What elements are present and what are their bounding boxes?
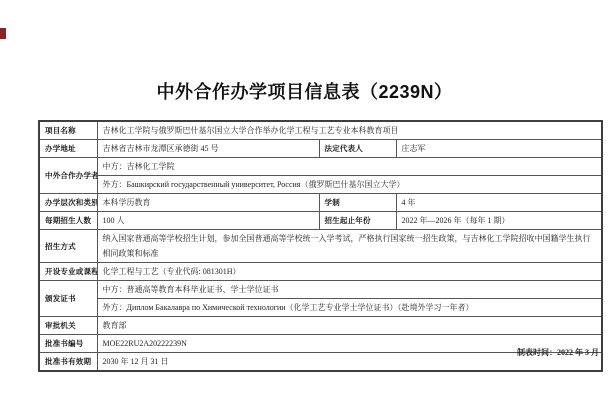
form-date: 制表时间：2022 年 3 月 [517, 347, 599, 358]
partners-foreign-value: 外方：Башкирский государственный университе… [97, 176, 602, 194]
project-name-value: 吉林化工学院与俄罗斯巴什基尔国立大学合作举办化学工程与工艺专业本科教育项目 [97, 121, 602, 140]
partners-label: 中外合作办学者 [39, 158, 97, 194]
row-address: 办学地址 吉林省吉林市龙潭区承德街 45 号 法定代表人 庄志军 [39, 140, 602, 158]
legal-rep-label: 法定代表人 [319, 140, 396, 158]
row-major: 开设专业或课程 化学工程与工艺（专业代码: 081301H） [39, 263, 602, 281]
admission-value: 纳入国家普通高等学校招生计划，参加全国普通高等学校统一入学考试，严格执行国家统一… [97, 230, 602, 263]
project-name-label: 项目名称 [39, 121, 97, 140]
enrollment-label: 每期招生人数 [39, 212, 97, 230]
certificates-foreign-value: 外方：Диплом Бакалавра по Химической технол… [97, 299, 602, 317]
row-certificates-foreign: 外方：Диплом Бакалавра по Химической технол… [39, 299, 602, 317]
level-label: 办学层次和类别 [39, 194, 97, 212]
row-certificates-cn: 颁发证书 中方：普通高等教育本科毕业证书、学士学位证书 [39, 281, 602, 299]
certificates-label: 颁发证书 [39, 281, 97, 317]
period-label: 招生起止年份 [319, 212, 396, 230]
address-value: 吉林省吉林市龙潭区承德街 45 号 [97, 140, 319, 158]
address-label: 办学地址 [39, 140, 97, 158]
validity-label: 批准书有效期 [39, 353, 97, 372]
period-value: 2022 年—2026 年（每年 1 期） [396, 212, 602, 230]
level-value: 本科学历教育 [97, 194, 319, 212]
legal-rep-value: 庄志军 [396, 140, 602, 158]
approval-no-label: 批准书编号 [39, 335, 97, 353]
row-enrollment: 每期招生人数 100 人 招生起止年份 2022 年—2026 年（每年 1 期… [39, 212, 602, 230]
major-label: 开设专业或课程 [39, 263, 97, 281]
project-info-table: 项目名称 吉林化工学院与俄罗斯巴什基尔国立大学合作举办化学工程与工艺专业本科教育… [38, 120, 603, 372]
row-level: 办学层次和类别 本科学历教育 学制 4 年 [39, 194, 602, 212]
row-partners-cn: 中外合作办学者 中方：吉林化工学院 [39, 158, 602, 176]
page-title: 中外合作办学项目信息表（2239N） [0, 79, 609, 105]
page-corner-mark [0, 28, 6, 39]
row-partners-foreign: 外方：Башкирский государственный университе… [39, 176, 602, 194]
row-project-name: 项目名称 吉林化工学院与俄罗斯巴什基尔国立大学合作举办化学工程与工艺专业本科教育… [39, 121, 602, 140]
partners-cn-value: 中方：吉林化工学院 [97, 158, 602, 176]
major-value: 化学工程与工艺（专业代码: 081301H） [97, 263, 602, 281]
row-admission: 招生方式 纳入国家普通高等学校招生计划，参加全国普通高等学校统一入学考试，严格执… [39, 230, 602, 263]
authority-label: 审批机关 [39, 317, 97, 335]
admission-label: 招生方式 [39, 230, 97, 263]
certificates-cn-value: 中方：普通高等教育本科毕业证书、学士学位证书 [97, 281, 602, 299]
authority-value: 教育部 [97, 317, 602, 335]
duration-label: 学制 [319, 194, 396, 212]
enrollment-value: 100 人 [97, 212, 319, 230]
row-authority: 审批机关 教育部 [39, 317, 602, 335]
duration-value: 4 年 [396, 194, 602, 212]
